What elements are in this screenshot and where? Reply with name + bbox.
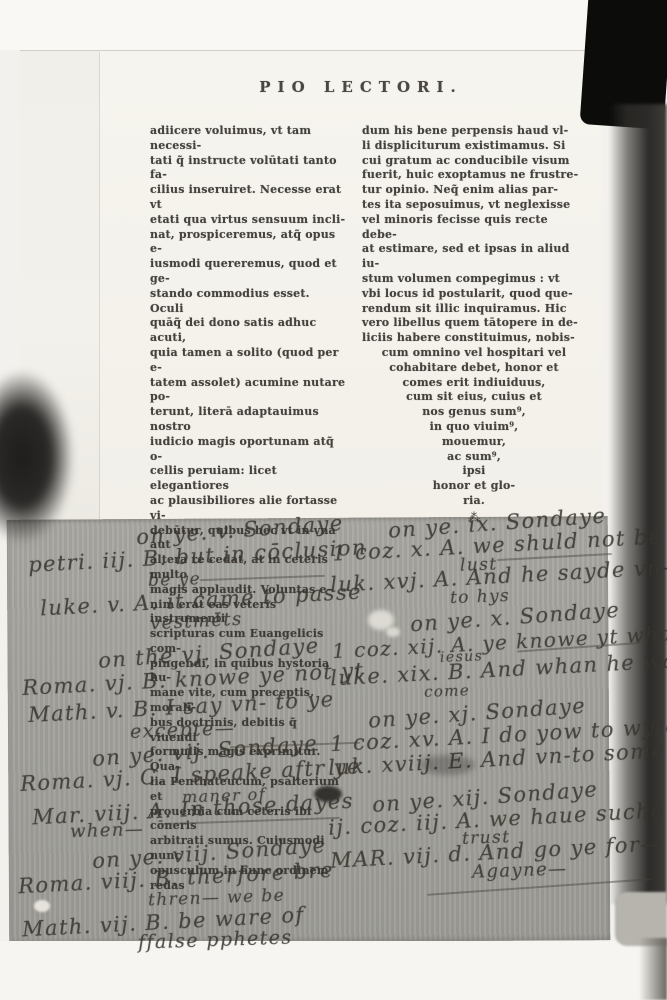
paper-stain xyxy=(34,900,50,912)
shadow-bottom-right xyxy=(639,938,667,1000)
right-column-taper: cum omnino vel hospitari vel cohabitare … xyxy=(362,346,586,509)
book-edge-shadow xyxy=(609,104,667,904)
ink-blot xyxy=(314,786,342,802)
manuscript-line: when— xyxy=(70,819,145,843)
ink-smudge xyxy=(420,755,475,775)
lower-page-edge xyxy=(0,941,667,1000)
manuscript-line: Agayne— xyxy=(472,858,568,882)
page-title: PIO LECTORI. xyxy=(136,78,586,96)
page-top-edge xyxy=(0,0,640,50)
right-column-body: dum his bene perpensis haud vl- li displ… xyxy=(362,124,586,346)
margin-crease xyxy=(99,52,100,520)
manuscript-line: to hys xyxy=(450,586,511,608)
paper-stain xyxy=(386,627,400,637)
manuscript-line: come xyxy=(424,681,471,701)
book-photo: PIO LECTORI. adiicere voluimus, vt tam n… xyxy=(0,0,667,1000)
